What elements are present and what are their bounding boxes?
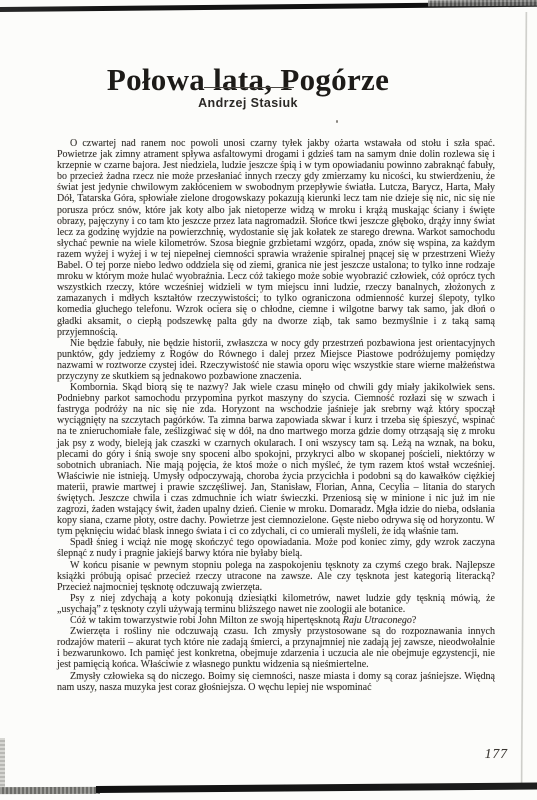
paragraph: Psy z niej zdychają a koty pokonują dzie… xyxy=(57,593,495,615)
scan-speck xyxy=(336,120,338,123)
scan-edge-bottom xyxy=(96,782,537,792)
body-text: O czwartej nad ranem noc powoli unosi cz… xyxy=(57,138,495,693)
paragraph: Zmysły człowieka są do niczego. Boimy si… xyxy=(57,671,495,693)
scanned-book-page: Połowa lata, Pogórze Andrzej Stasiuk O c… xyxy=(0,0,537,800)
page-edge-shadow xyxy=(521,12,528,788)
paragraph: Cóż w takim towarzystwie robi John Milto… xyxy=(57,615,495,626)
author-name: Andrzej Stasiuk xyxy=(0,96,496,110)
title-divider xyxy=(204,87,294,88)
paragraph: O czwartej nad ranem noc powoli unosi cz… xyxy=(57,138,495,338)
page-title: Połowa lata, Pogórze xyxy=(0,63,496,97)
paragraph: W końcu pisanie w pewnym stopniu polega … xyxy=(57,560,495,593)
paragraph: Spadł śnieg i wciąż nie mogę skończyć te… xyxy=(57,537,495,559)
scan-edge-left-texture xyxy=(0,738,5,794)
scan-edge-bottom-texture xyxy=(0,787,100,794)
scan-edge-top-texture xyxy=(428,0,537,6)
paragraph: Zwierzęta i rośliny nie odczuwają czasu.… xyxy=(57,626,495,670)
paragraph: Kombornia. Skąd biorą się te nazwy? Jak … xyxy=(57,382,495,537)
paragraph: Nie będzie fabuły, nie będzie historii, … xyxy=(57,338,495,382)
page-number: 177 xyxy=(0,746,508,762)
